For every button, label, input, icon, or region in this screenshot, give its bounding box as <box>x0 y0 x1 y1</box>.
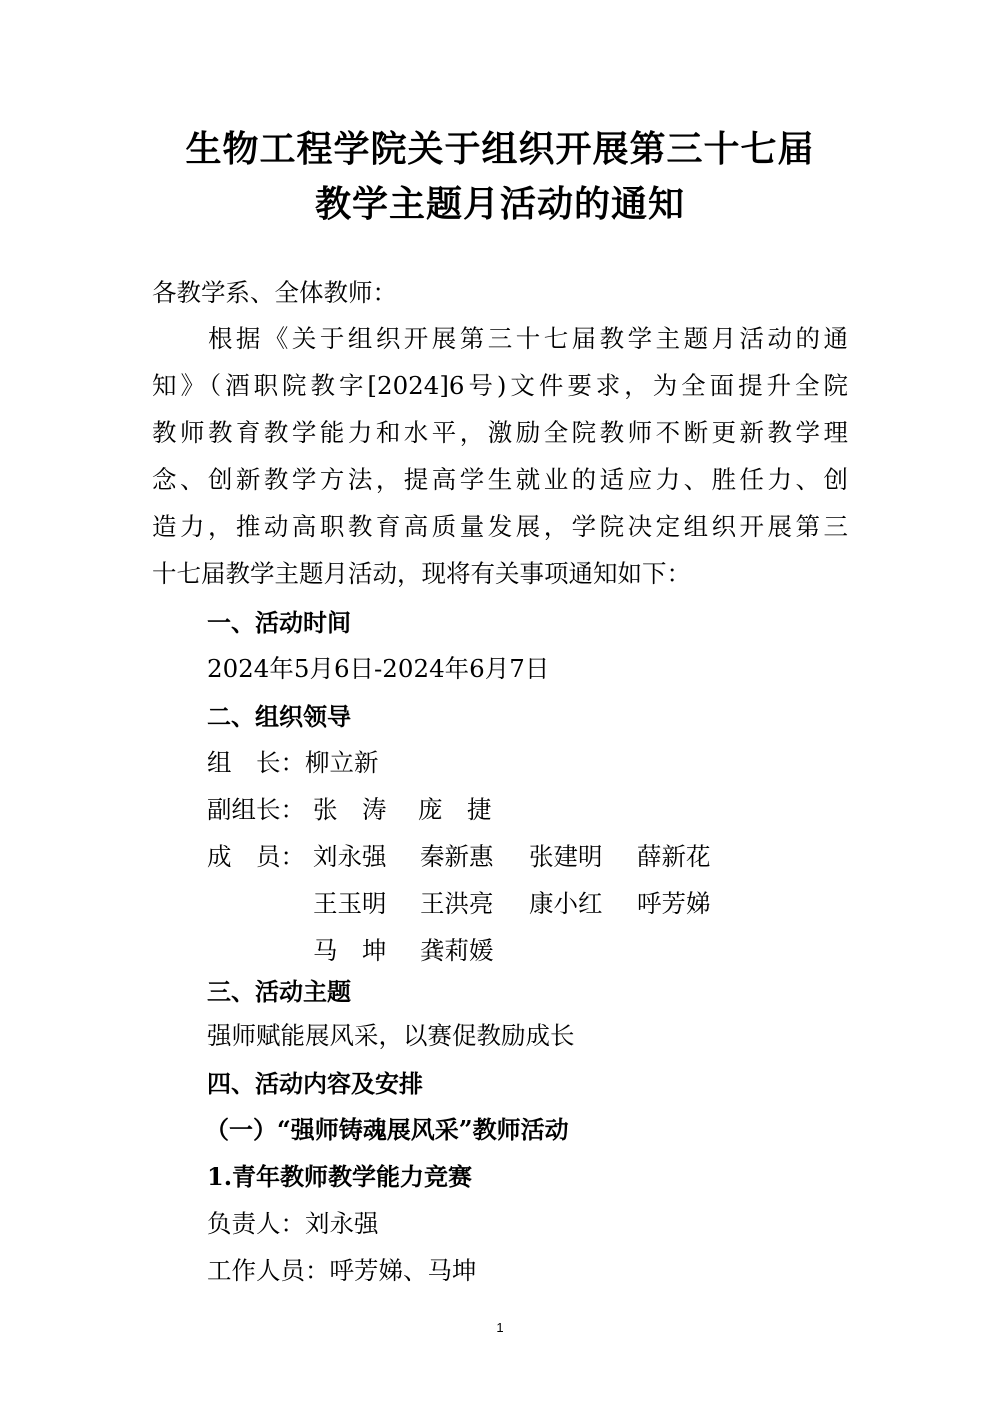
intro-line-5: 造力，推动高职教育高质量发展，学院决定组织开展第三 <box>152 508 848 543</box>
subsection-heading-1: （一）“强师铸魂展风采”教师活动 <box>205 1110 569 1145</box>
document-title-line-1: 生物工程学院关于组织开展第三十七届 <box>0 121 1000 172</box>
staff-members: 工作人员：呼芳娣、马坤 <box>207 1252 477 1287</box>
intro-line-2: 知》（酒职院教字[2024]6号)文件要求，为全面提升全院 <box>152 367 848 402</box>
intro-line-4: 念、创新教学方法，提高学生就业的适应力、胜任力、创 <box>152 461 848 496</box>
intro-line-3: 教师教育教学能力和水平，激励全院教师不断更新教学理 <box>152 414 848 449</box>
member-name: 薛新花 <box>637 838 711 873</box>
member-name: 康小红 <box>529 885 603 920</box>
deputy-label: 副组长： <box>207 795 305 824</box>
document-title-line-2: 教学主题月活动的通知 <box>0 176 1000 227</box>
member-name: 刘永强 <box>313 838 387 873</box>
leader-row: 组 长：柳立新 <box>207 744 379 779</box>
member-name: 王玉明 <box>313 885 387 920</box>
member-name: 王洪亮 <box>420 885 494 920</box>
section-heading-theme: 三、活动主题 <box>207 972 351 1007</box>
item-heading-1: 1.青年教师教学能力竞赛 <box>207 1157 472 1192</box>
deputy-name: 庞 捷 <box>418 791 492 826</box>
member-name: 秦新惠 <box>420 838 494 873</box>
activity-theme: 强师赋能展风采，以赛促教励成长 <box>207 1017 575 1052</box>
activity-dates: 2024年5月6日-2024年6月7日 <box>207 650 549 685</box>
member-name: 张建明 <box>529 838 603 873</box>
page-number: 1 <box>0 1320 1000 1335</box>
leader-label: 组 长： <box>207 748 305 777</box>
section-heading-leadership: 二、组织领导 <box>207 697 351 732</box>
members-label: 成 员： <box>207 838 305 873</box>
section-heading-content: 四、活动内容及安排 <box>207 1064 423 1099</box>
document-page: 生物工程学院关于组织开展第三十七届 教学主题月活动的通知 各教学系、全体教师： … <box>0 0 1000 1415</box>
member-name: 龚莉媛 <box>420 932 494 967</box>
intro-line-6: 十七届教学主题月活动，现将有关事项通知如下： <box>152 555 691 590</box>
salutation: 各教学系、全体教师： <box>152 274 397 309</box>
deputy-name: 张 涛 <box>313 791 387 826</box>
leader-name: 柳立新 <box>305 748 379 777</box>
deputy-row: 副组长： <box>207 791 305 826</box>
responsible-person: 负责人：刘永强 <box>207 1205 379 1240</box>
member-name: 呼芳娣 <box>637 885 711 920</box>
member-name: 马 坤 <box>313 932 387 967</box>
section-heading-time: 一、活动时间 <box>207 603 351 638</box>
intro-line-1: 根据《关于组织开展第三十七届教学主题月活动的通 <box>152 320 848 355</box>
